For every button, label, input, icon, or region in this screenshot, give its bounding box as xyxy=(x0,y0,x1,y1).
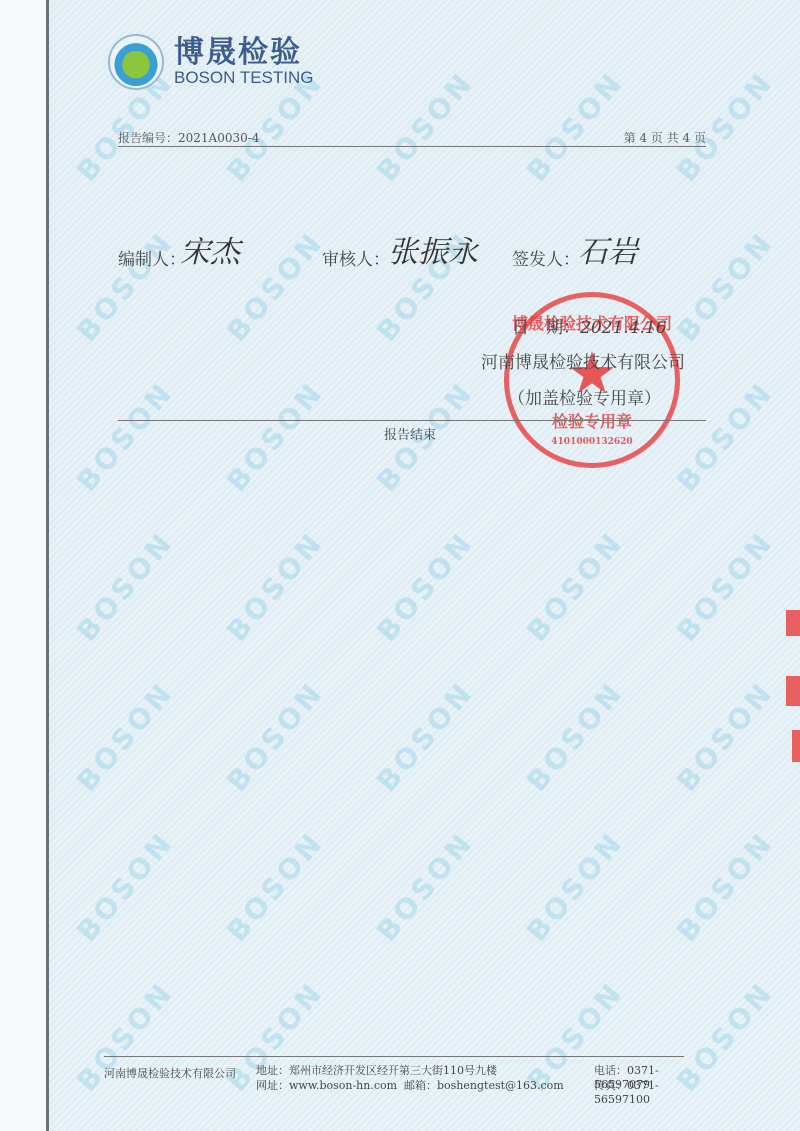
company-logo: 博晟检验 BOSON TESTING xyxy=(108,34,314,90)
watermark: BOSON xyxy=(70,825,180,948)
watermark: BOSON xyxy=(70,225,180,348)
watermark: BOSON xyxy=(670,525,780,648)
scan-margin xyxy=(0,0,46,1131)
compiler-signature: 宋杰 xyxy=(180,227,240,271)
stamp-note: （加盖检验专用章） xyxy=(508,384,661,409)
footer-website: 网址：www.boson-hn.com xyxy=(256,1077,397,1093)
footer-address: 地址：郑州市经济开发区经开第三大街110号九楼 xyxy=(256,1062,497,1078)
watermark: BOSON xyxy=(670,225,780,348)
watermark: BOSON xyxy=(670,675,780,798)
watermark: BOSON xyxy=(370,825,480,948)
watermark: BOSON xyxy=(370,525,480,648)
cross-page-seal-fragment xyxy=(786,610,800,636)
issue-date: 日 期：2021.4.16 xyxy=(512,313,667,338)
issuing-company: 河南博晟检验技术有限公司 xyxy=(481,348,685,373)
logo-emblem-icon xyxy=(108,34,164,90)
watermark: BOSON xyxy=(70,675,180,798)
end-divider xyxy=(118,420,706,421)
watermark: BOSON xyxy=(220,825,330,948)
watermark: BOSON xyxy=(520,675,630,798)
page-info: 第 4 页 共 4 页 xyxy=(624,129,706,146)
report-end-text: 报告结束 xyxy=(384,424,436,443)
document-page: BOSON BOSON BOSON BOSON BOSON BOSON BOSO… xyxy=(49,0,800,1131)
watermark: BOSON xyxy=(670,65,780,188)
logo-en-text: BOSON TESTING xyxy=(174,69,314,87)
footer-fax: 传真：0371-56597100 xyxy=(594,1077,684,1106)
issuer-label: 签发人： xyxy=(512,245,580,270)
report-header: 报告编号：2021A0030-4 第 4 页 共 4 页 xyxy=(118,129,706,146)
issuer-signature: 石岩 xyxy=(578,227,638,271)
watermark: BOSON xyxy=(670,375,780,498)
watermark: BOSON xyxy=(220,375,330,498)
watermark: BOSON xyxy=(670,825,780,948)
footer-email: 邮箱：boshengtest@163.com xyxy=(404,1077,564,1093)
report-number: 报告编号：2021A0030-4 xyxy=(118,129,259,146)
footer-divider xyxy=(104,1056,684,1057)
watermark: BOSON xyxy=(70,525,180,648)
reviewer-label: 审核人： xyxy=(322,245,390,270)
watermark: BOSON xyxy=(670,975,780,1098)
watermark: BOSON xyxy=(370,65,480,188)
logo-cn-text: 博晟检验 xyxy=(174,37,314,69)
cross-page-seal-fragment xyxy=(786,676,800,706)
cross-page-seal-fragment xyxy=(792,730,800,762)
watermark: BOSON xyxy=(220,675,330,798)
watermark: BOSON xyxy=(370,675,480,798)
watermark: BOSON xyxy=(520,525,630,648)
watermark: BOSON xyxy=(520,825,630,948)
watermark: BOSON xyxy=(220,525,330,648)
reviewer-signature: 张振永 xyxy=(388,227,478,271)
watermark: BOSON xyxy=(520,65,630,188)
header-divider xyxy=(118,146,706,147)
compiler-label: 编制人： xyxy=(118,245,186,270)
footer-company: 河南博晟检验技术有限公司 xyxy=(104,1065,236,1081)
watermark: BOSON xyxy=(70,375,180,498)
